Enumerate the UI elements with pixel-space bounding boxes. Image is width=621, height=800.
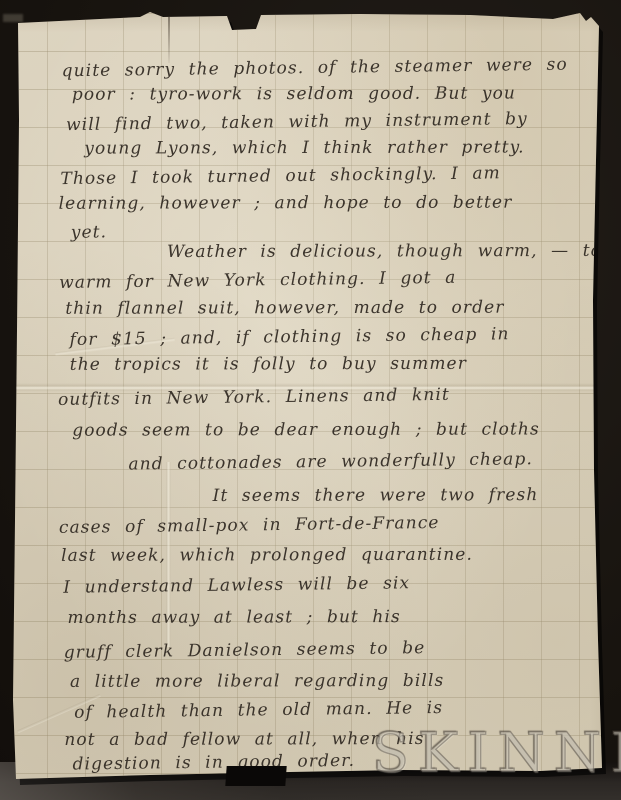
- letter-line: Weather is delicious, though warm, — too: [167, 241, 613, 262]
- letter-line: not a bad fellow at all, when his: [64, 729, 424, 750]
- corner-smudge: [3, 14, 23, 22]
- letter-line: learning, however ; and hope to do bette…: [59, 193, 513, 214]
- photographed-letter-background: { "scene": { "description_colors": { "ba…: [0, 0, 621, 800]
- handwritten-text: quite sorry the photos. of the steamer w…: [0, 0, 621, 800]
- letter-page: quite sorry the photos. of the steamer w…: [0, 0, 621, 800]
- letter-line: for $15 ; and, if clothing is so cheap i…: [69, 324, 509, 350]
- letter-line: and cottonades are wonderfully cheap.: [128, 449, 533, 474]
- letter-line: outfits in New York. Linens and knit: [58, 385, 450, 410]
- letter-line: last week, which prolonged quarantine.: [61, 545, 473, 566]
- letter-line: young Lyons, which I think rather pretty…: [84, 137, 524, 158]
- letter-line: I understand Lawless will be six: [63, 573, 410, 598]
- letter-line: gruff clerk Danielson seems to be: [64, 638, 426, 663]
- bottom-edge-dark-notch: [225, 766, 286, 786]
- letter-line: goods seem to be dear enough ; but cloth…: [72, 419, 540, 440]
- letter-line: of health than the old man. He is: [74, 698, 443, 723]
- letter-line: It seems there were two fresh: [213, 485, 539, 506]
- letter-line: warm for New York clothing. I got a: [59, 268, 456, 293]
- letter-line: months away at least ; but his: [67, 607, 400, 628]
- letter-line: the tropics it is folly to buy summer: [70, 354, 467, 375]
- letter-line: poor : tyro-work is seldom good. But you: [72, 84, 516, 105]
- letter-line: quite sorry the photos. of the steamer w…: [62, 55, 568, 82]
- letter-line: yet.: [71, 222, 108, 242]
- letter-line: Those I took turned out shockingly. I am: [60, 163, 501, 189]
- letter-line: digestion is in good order.: [72, 751, 355, 775]
- letter-line: thin flannel suit, however, made to orde…: [65, 298, 504, 319]
- letter-line: cases of small-pox in Fort-de-France: [59, 513, 440, 538]
- letter-line: will find two, taken with my instrument …: [66, 109, 528, 135]
- letter-line: a little more liberal regarding bills: [70, 671, 444, 692]
- skinner-watermark: SKINNER: [372, 721, 621, 784]
